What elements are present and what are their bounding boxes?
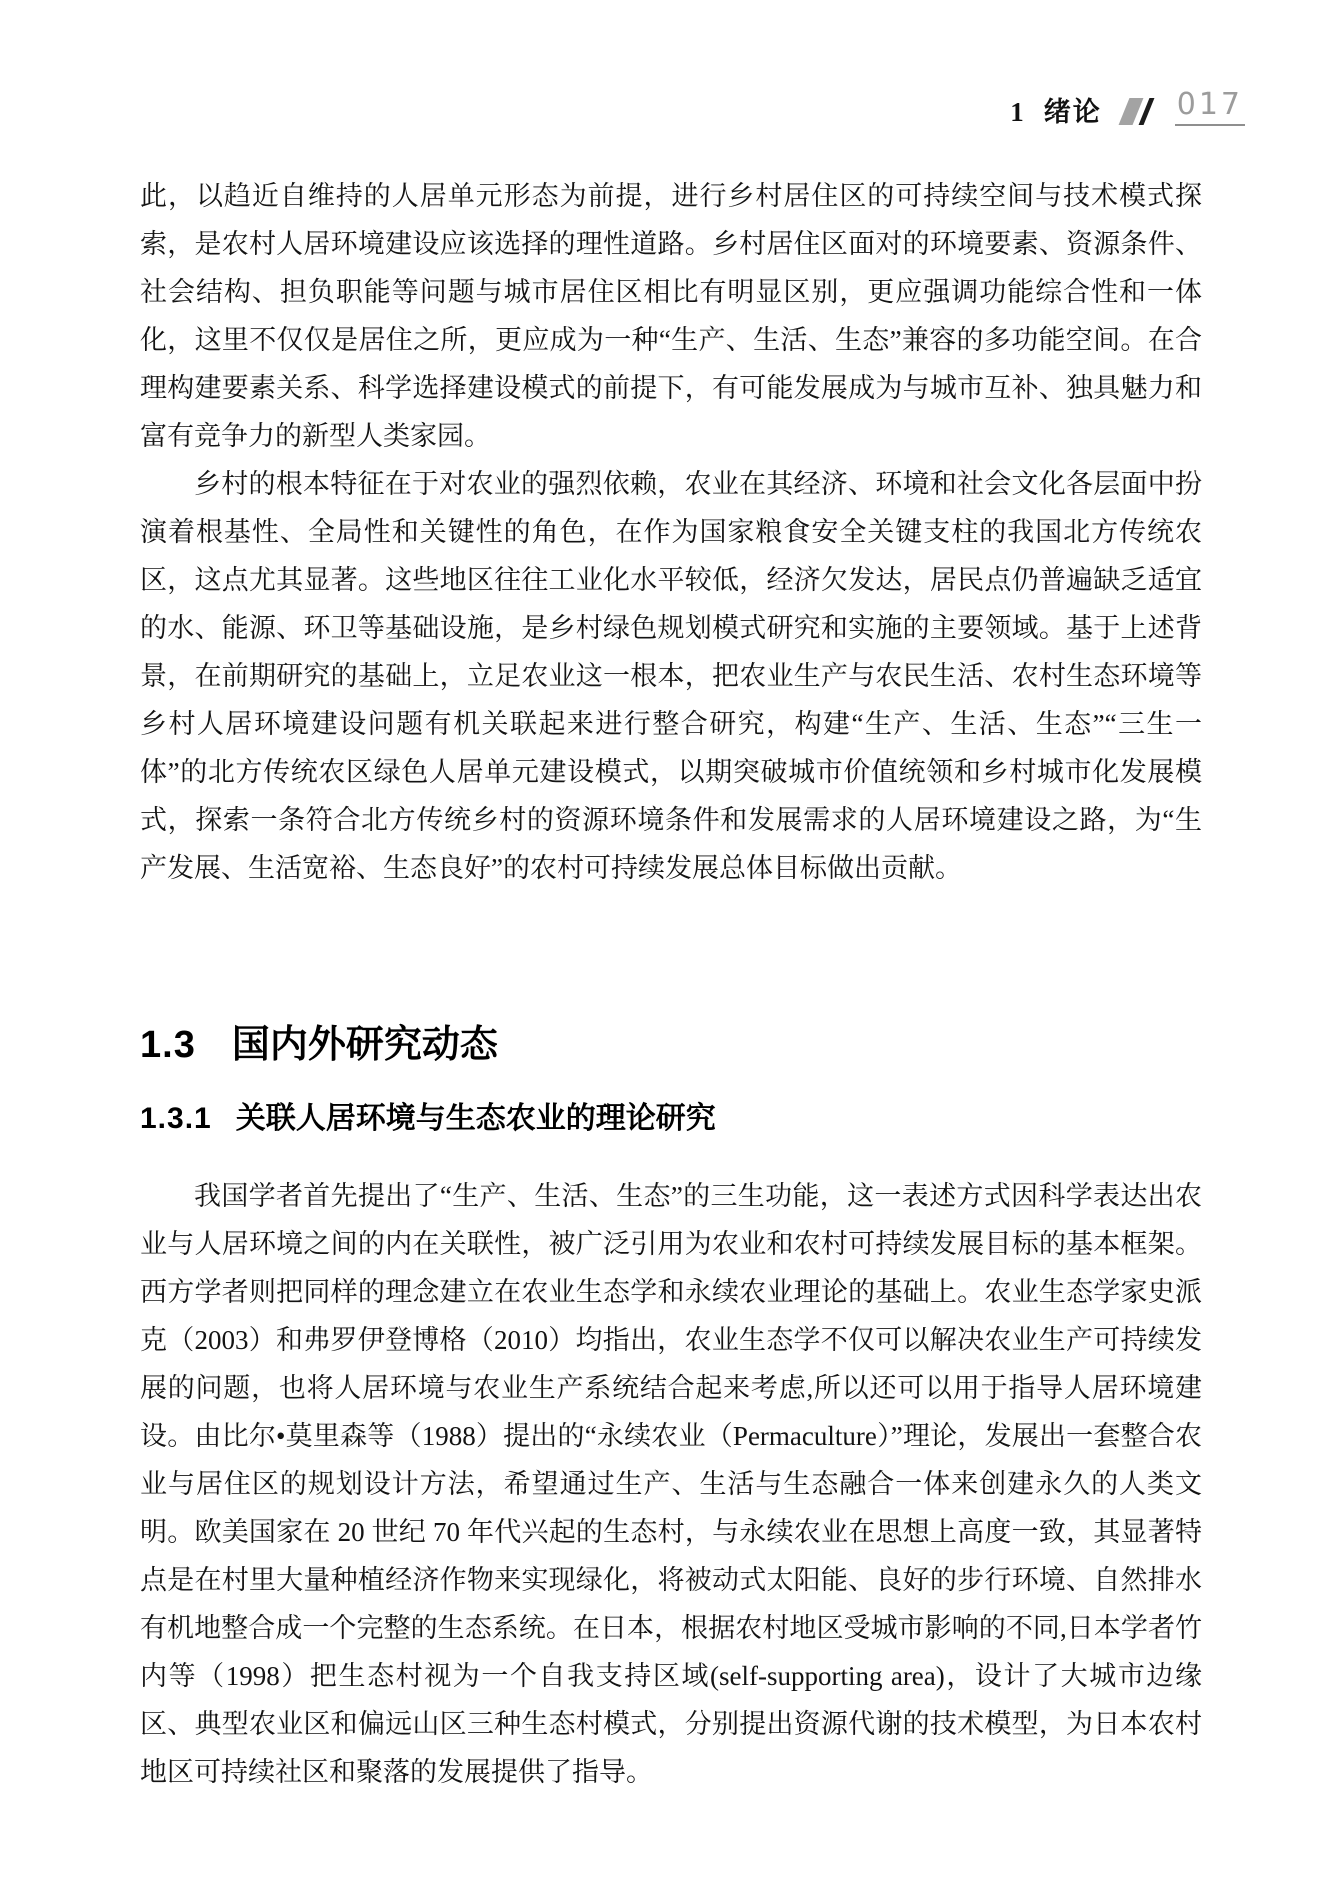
subsection-title: 关联人居环境与生态农业的理论研究 — [236, 1102, 716, 1135]
section-title: 国内外研究动态 — [232, 1024, 498, 1066]
paragraph-continuation: 此，以趋近自维持的人居单元形态为前提，进行乡村居住区的可持续空间与技术模式探索，… — [140, 172, 1202, 460]
subsection-heading-1-3-1: 1.3.1关联人居环境与生态农业的理论研究 — [140, 1102, 1202, 1136]
section-number: 1.3 — [140, 1024, 196, 1066]
chapter-number: 1 — [1010, 99, 1024, 126]
section-heading-1-3: 1.3国内外研究动态 — [140, 1024, 1202, 1066]
running-header: 1 绪论 017 — [1010, 90, 1245, 126]
paragraph-research-review: 我国学者首先提出了“生产、生活、生态”的三生功能，这一表述方式因科学表达出农业与… — [140, 1172, 1202, 1796]
chapter-title: 绪论 — [1044, 99, 1102, 126]
double-slash-icon — [1124, 98, 1149, 125]
paragraph-rural-agriculture: 乡村的根本特征在于对农业的强烈依赖，农业在其经济、环境和社会文化各层面中扮演着根… — [140, 460, 1202, 892]
page-content: 此，以趋近自维持的人居单元形态为前提，进行乡村居住区的可持续空间与技术模式探索，… — [140, 172, 1202, 1796]
page-number: 017 — [1175, 90, 1245, 126]
book-page: 1 绪论 017 此，以趋近自维持的人居单元形态为前提，进行乡村居住区的可持续空… — [0, 0, 1339, 1890]
subsection-number: 1.3.1 — [140, 1102, 212, 1136]
